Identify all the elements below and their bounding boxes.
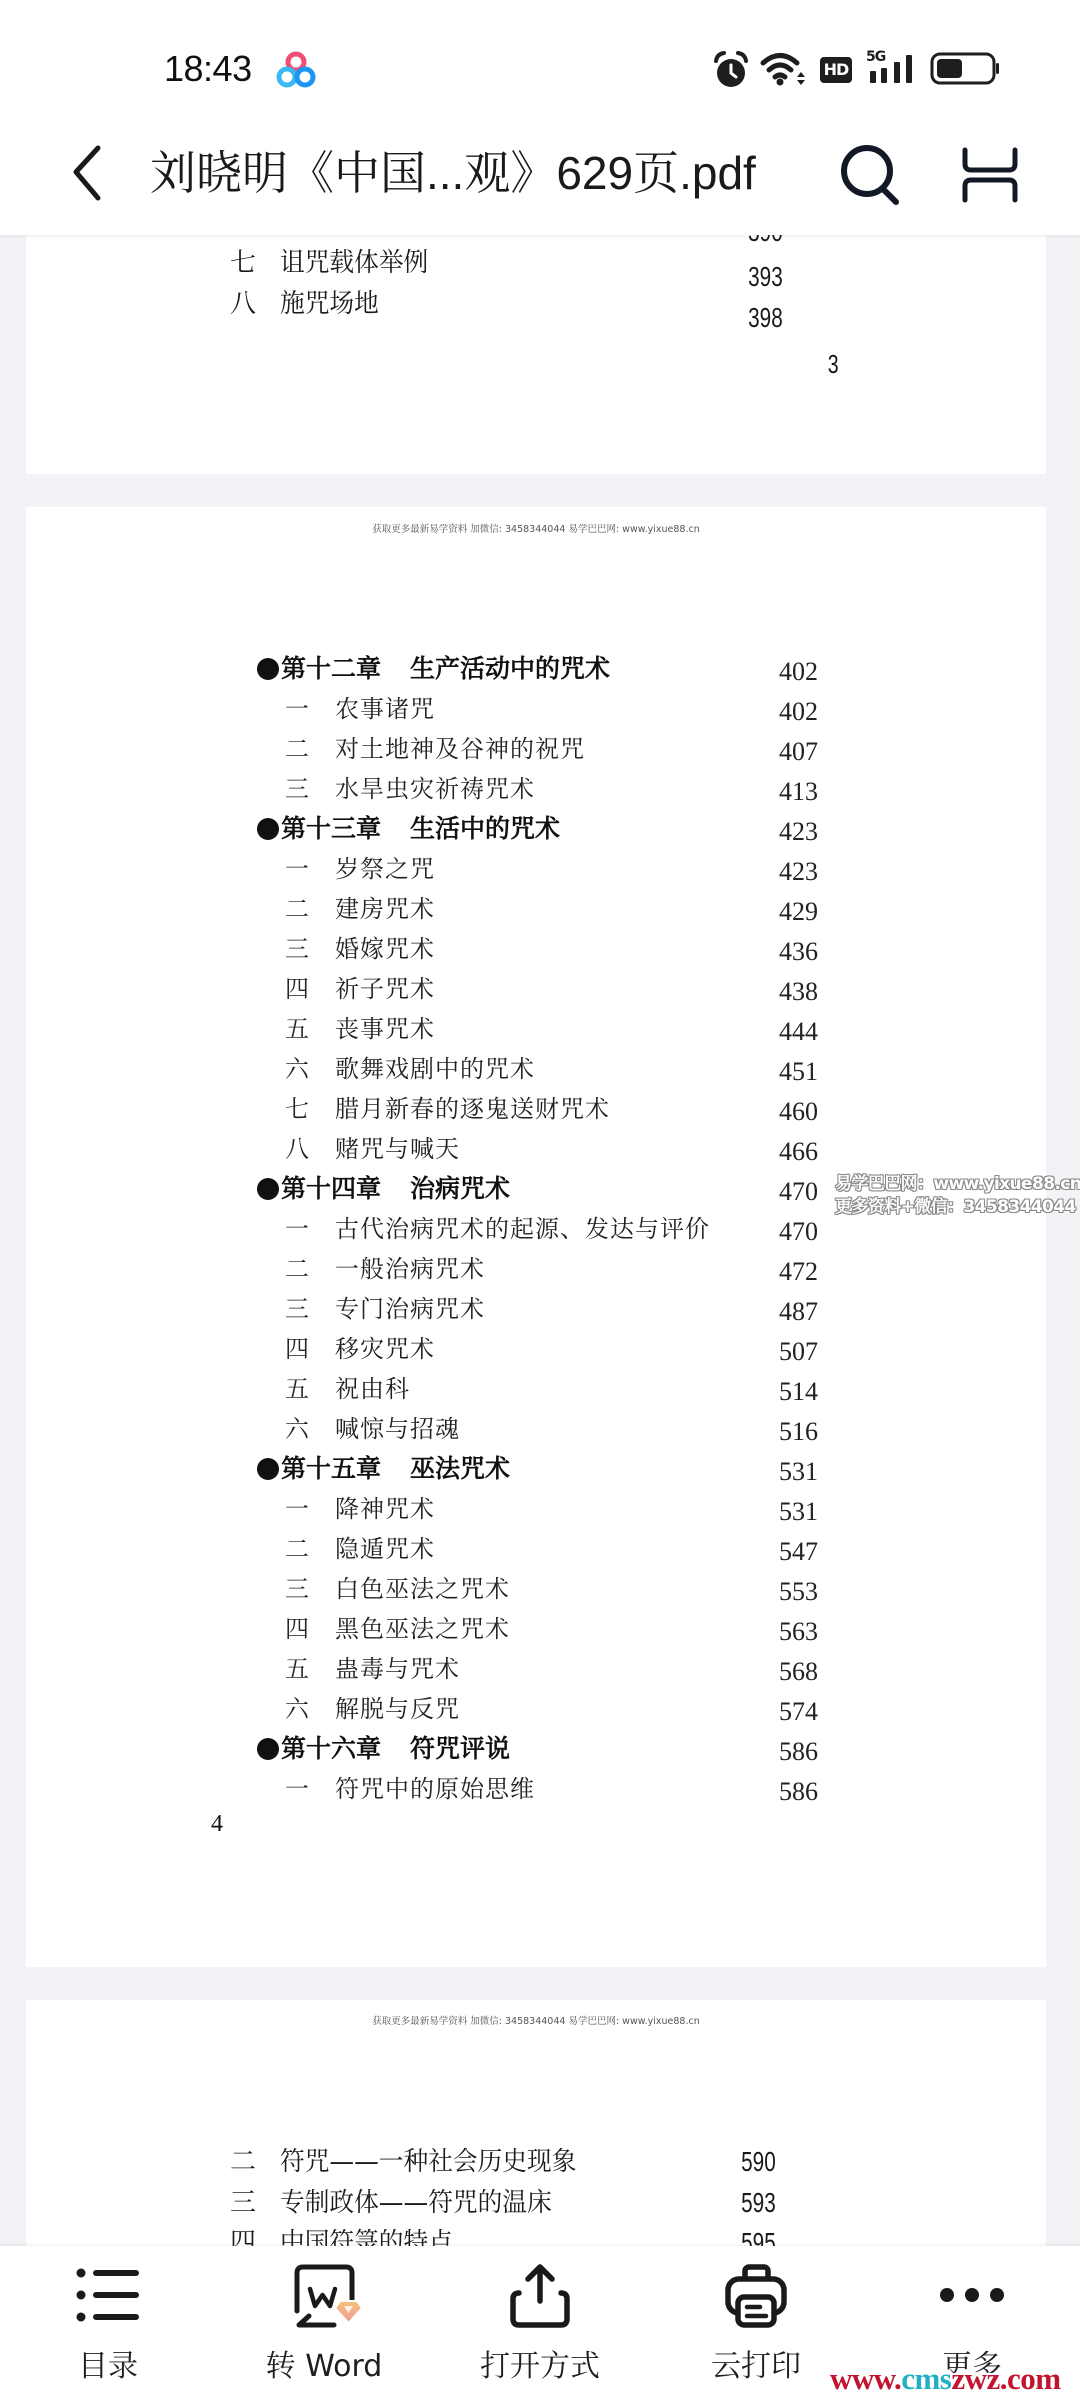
section-title: 符咒中的原始思维 xyxy=(335,1769,535,1809)
page-number: 466 xyxy=(779,1132,818,1172)
section-numeral: 三 xyxy=(285,769,309,809)
back-icon[interactable] xyxy=(60,140,116,204)
page-number: 563 xyxy=(779,1612,818,1652)
corner-watermark: www.cmszwz.com xyxy=(830,2362,1061,2396)
section-numeral: 一 xyxy=(285,1209,309,1249)
toc-chapter-row: 第十三章 生活中的咒术 423 xyxy=(26,809,1046,849)
toc-chapter-row: 第十六章 符咒评说 586 xyxy=(26,1729,1046,1769)
corner-watermark-suffix: zwz.com xyxy=(951,2361,1060,2396)
baidu-netdisk-icon xyxy=(274,48,318,92)
section-numeral: 八 xyxy=(230,286,256,322)
more-icon xyxy=(932,2255,1012,2335)
toc-section-row: 三 婚嫁咒术 436 xyxy=(26,929,1046,969)
section-title: 隐遁咒术 xyxy=(335,1529,435,1569)
page-footer-number: 4 xyxy=(211,1810,223,1838)
section-numeral: 六 xyxy=(285,1409,309,1449)
section-title: 农事诸咒 xyxy=(335,689,435,729)
signal-5g-icon xyxy=(866,52,916,86)
page-number: 460 xyxy=(779,1092,818,1132)
page-number: 402 xyxy=(779,692,818,732)
toc-section-row: 四 黑色巫法之咒术 563 xyxy=(26,1609,1046,1649)
section-title: 蛊毒与咒术 xyxy=(335,1649,460,1689)
alarm-icon xyxy=(712,50,750,90)
toc-section-row: 五 丧事咒术 444 xyxy=(26,1009,1046,1049)
section-numeral: 一 xyxy=(285,1489,309,1529)
section-numeral: 五 xyxy=(285,1649,309,1689)
section-numeral: 三 xyxy=(285,1569,309,1609)
chapter-title: 生产活动中的咒术 xyxy=(410,649,610,689)
section-title: 岁祭之咒 xyxy=(335,849,435,889)
toc-section-row: 一 农事诸咒 402 xyxy=(26,689,1046,729)
toc-section-row: 四 移灾咒术 507 xyxy=(26,1329,1046,1369)
wifi-icon xyxy=(760,50,810,86)
section-numeral: 一 xyxy=(285,689,309,729)
section-title: 古代治病咒术的起源、发达与评价 xyxy=(335,1209,710,1249)
page-footer-number: 3 xyxy=(828,350,839,378)
section-title: 专制政体——符咒的温床 xyxy=(280,2185,552,2221)
page-number: 402 xyxy=(779,652,818,692)
chapter-bullet-icon xyxy=(257,658,279,680)
page-number: 507 xyxy=(779,1332,818,1372)
page-number: 586 xyxy=(779,1772,818,1812)
page-number: 531 xyxy=(779,1452,818,1492)
chapter-number: 第十四章 xyxy=(281,1169,381,1209)
toc-section-row: 四 祈子咒术 438 xyxy=(26,969,1046,1009)
section-numeral: 三 xyxy=(285,929,309,969)
section-title: 诅咒载体举例 xyxy=(280,245,428,281)
section-numeral: 六 xyxy=(285,1689,309,1729)
section-title: 丧事咒术 xyxy=(335,1009,435,1049)
hd-icon: HD xyxy=(820,57,852,83)
toc-section-row: 三 白色巫法之咒术 553 xyxy=(26,1569,1046,1609)
section-title: 白色巫法之咒术 xyxy=(335,1569,510,1609)
status-time: 18:43 xyxy=(164,49,252,89)
section-numeral: 三 xyxy=(285,1289,309,1329)
section-title: 祈子咒术 xyxy=(335,969,435,1009)
page-number: 547 xyxy=(779,1532,818,1572)
toc-label: 目录 xyxy=(0,2349,216,2385)
page-number: 574 xyxy=(779,1692,818,1732)
battery-icon xyxy=(930,52,1002,86)
page-number: 586 xyxy=(779,1732,818,1772)
toc-section-row: 七 腊月新春的逐鬼送财咒术 460 xyxy=(26,1089,1046,1129)
chapter-number: 第十六章 xyxy=(281,1729,381,1769)
convert-word-button[interactable]: 转 Word xyxy=(216,2246,432,2400)
page-number: 593 xyxy=(741,2185,776,2221)
page-number: 429 xyxy=(779,892,818,932)
page-number: 444 xyxy=(779,1012,818,1052)
page-number: 487 xyxy=(779,1292,818,1332)
section-numeral: 四 xyxy=(285,1609,309,1649)
convert-word-label: 转 Word xyxy=(216,2349,432,2385)
section-numeral: 六 xyxy=(285,1049,309,1089)
section-numeral: 四 xyxy=(285,1329,309,1369)
section-title: 专门治病咒术 xyxy=(335,1289,485,1329)
toc-section-row: 三 水旱虫灾祈祷咒术 413 xyxy=(26,769,1046,809)
share-icon xyxy=(500,2255,580,2335)
chapter-bullet-icon xyxy=(257,818,279,840)
toc-section-row: 二 一般治病咒术 472 xyxy=(26,1249,1046,1289)
pdf-page-4: 获取更多最新易学资料 加微信: 3458344044 易学巴巴网: www.yi… xyxy=(26,507,1046,1967)
page-number: 470 xyxy=(779,1212,818,1252)
section-title: 歌舞戏剧中的咒术 xyxy=(335,1049,535,1089)
section-title: 对土地神及谷神的祝咒 xyxy=(335,729,585,769)
chapter-bullet-icon xyxy=(257,1458,279,1480)
toc-button[interactable]: 目录 xyxy=(0,2246,216,2400)
section-title: 施咒场地 xyxy=(280,286,379,322)
open-with-label: 打开方式 xyxy=(432,2349,648,2385)
status-bar: 18:43 HD 5G xyxy=(0,0,1080,120)
toc-section-row: 八 赌咒与喊天 466 xyxy=(26,1129,1046,1169)
section-numeral: 八 xyxy=(285,1129,309,1169)
page-header-watermark: 获取更多最新易学资料 加微信: 3458344044 易学巴巴网: www.yi… xyxy=(26,523,1046,537)
page-number: 514 xyxy=(779,1372,818,1412)
section-numeral: 七 xyxy=(230,245,256,281)
section-title: 一般治病咒术 xyxy=(335,1249,485,1289)
pdf-viewport[interactable]: 390 七 诅咒载体举例 393 八 施咒场地 398 3 获取更多最新易学资料… xyxy=(0,0,1080,2400)
page-number: 423 xyxy=(779,852,818,892)
page-mode-icon[interactable] xyxy=(955,142,1025,206)
chapter-bullet-icon xyxy=(257,1178,279,1200)
toc-section-row: 二 建房咒术 429 xyxy=(26,889,1046,929)
page-number: 516 xyxy=(779,1412,818,1452)
page-number: 398 xyxy=(748,300,783,336)
page-number: 553 xyxy=(779,1572,818,1612)
toc-section-row: 三 专门治病咒术 487 xyxy=(26,1289,1046,1329)
toc-section-row: 一 岁祭之咒 423 xyxy=(26,849,1046,889)
table-of-contents: 第十二章 生产活动中的咒术 402 一 农事诸咒 402 二 对土地神及谷神的祝… xyxy=(26,649,1046,1809)
overlay-watermark-line2: 更多资料+微信：3458344044 xyxy=(835,1196,1080,1219)
toc-section-row: 一 符咒中的原始思维 586 xyxy=(26,1769,1046,1809)
section-numeral: 四 xyxy=(285,969,309,1009)
page-number: 393 xyxy=(748,259,783,295)
page-number: 568 xyxy=(779,1652,818,1692)
section-title: 符咒——一种社会历史现象 xyxy=(280,2144,576,2180)
corner-watermark-highlight: cms xyxy=(901,2361,951,2396)
section-title: 解脱与反咒 xyxy=(335,1689,460,1729)
toc-section-row: 六 喊惊与招魂 516 xyxy=(26,1409,1046,1449)
page-number: 531 xyxy=(779,1492,818,1532)
section-title: 水旱虫灾祈祷咒术 xyxy=(335,769,535,809)
section-title: 腊月新春的逐鬼送财咒术 xyxy=(335,1089,610,1129)
toc-chapter-row: 第十二章 生产活动中的咒术 402 xyxy=(26,649,1046,689)
list-icon xyxy=(68,2255,148,2335)
chapter-number: 第十二章 xyxy=(281,649,381,689)
section-numeral: 二 xyxy=(285,1249,309,1289)
section-numeral: 二 xyxy=(285,1529,309,1569)
chapter-title: 生活中的咒术 xyxy=(410,809,560,849)
chapter-title: 治病咒术 xyxy=(410,1169,510,1209)
toc-section-row: 二 隐遁咒术 547 xyxy=(26,1529,1046,1569)
overlay-watermark-line1: 易学巴巴网：www.yixue88.cn xyxy=(835,1173,1080,1196)
chapter-number: 第十三章 xyxy=(281,809,381,849)
page-number: 451 xyxy=(779,1052,818,1092)
page-number: 423 xyxy=(779,812,818,852)
page-number: 436 xyxy=(779,932,818,972)
toc-section-row: 二 对土地神及谷神的祝咒 407 xyxy=(26,729,1046,769)
page-number: 470 xyxy=(779,1172,818,1212)
section-title: 婚嫁咒术 xyxy=(335,929,435,969)
word-convert-icon xyxy=(284,2255,364,2335)
section-title: 喊惊与招魂 xyxy=(335,1409,460,1449)
page-number: 407 xyxy=(779,732,818,772)
section-numeral: 二 xyxy=(230,2144,256,2180)
chapter-number: 第十五章 xyxy=(281,1449,381,1489)
toc-section-row: 五 祝由科 514 xyxy=(26,1369,1046,1409)
corner-watermark-prefix: www. xyxy=(830,2361,901,2396)
search-icon[interactable] xyxy=(834,138,906,210)
section-numeral: 五 xyxy=(285,1009,309,1049)
section-numeral: 一 xyxy=(285,849,309,889)
page-number: 438 xyxy=(779,972,818,1012)
section-numeral: 一 xyxy=(285,1769,309,1809)
toc-section-row: 六 解脱与反咒 574 xyxy=(26,1689,1046,1729)
page-number: 413 xyxy=(779,772,818,812)
title-bar: 刘晓明《中国...观》629页.pdf xyxy=(0,120,1080,235)
section-title: 祝由科 xyxy=(335,1369,410,1409)
section-title: 黑色巫法之咒术 xyxy=(335,1609,510,1649)
section-title: 降神咒术 xyxy=(335,1489,435,1529)
section-title: 移灾咒术 xyxy=(335,1329,435,1369)
open-with-button[interactable]: 打开方式 xyxy=(432,2246,648,2400)
page-number: 590 xyxy=(741,2144,776,2180)
toc-chapter-row: 第十五章 巫法咒术 531 xyxy=(26,1449,1046,1489)
page-header-watermark: 获取更多最新易学资料 加微信: 3458344044 易学巴巴网: www.yi… xyxy=(26,2015,1046,2029)
toc-section-row: 一 降神咒术 531 xyxy=(26,1489,1046,1529)
section-title: 建房咒术 xyxy=(335,889,435,929)
chapter-bullet-icon xyxy=(257,1738,279,1760)
section-numeral: 二 xyxy=(285,729,309,769)
section-numeral: 二 xyxy=(285,889,309,929)
section-numeral: 三 xyxy=(230,2185,256,2221)
document-title: 刘晓明《中国...观》629页.pdf xyxy=(150,146,756,200)
toc-section-row: 六 歌舞戏剧中的咒术 451 xyxy=(26,1049,1046,1089)
chapter-title: 巫法咒术 xyxy=(410,1449,510,1489)
printer-icon xyxy=(716,2255,796,2335)
section-numeral: 五 xyxy=(285,1369,309,1409)
toc-section-row: 五 蛊毒与咒术 568 xyxy=(26,1649,1046,1689)
chapter-title: 符咒评说 xyxy=(410,1729,510,1769)
page-number: 472 xyxy=(779,1252,818,1292)
section-numeral: 七 xyxy=(285,1089,309,1129)
overlay-watermark: 易学巴巴网：www.yixue88.cn 更多资料+微信：3458344044 xyxy=(835,1173,1080,1219)
section-title: 赌咒与喊天 xyxy=(335,1129,460,1169)
